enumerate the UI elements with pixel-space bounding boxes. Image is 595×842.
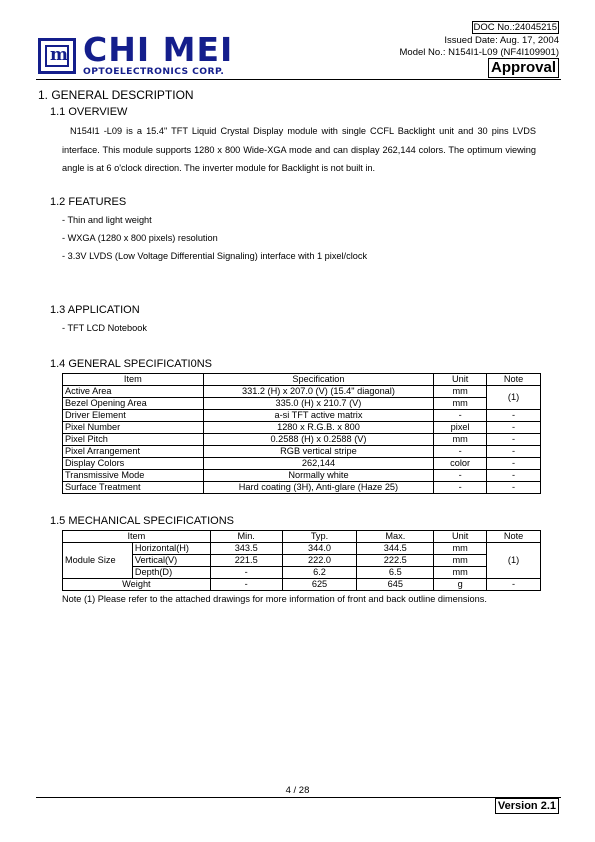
mechanical-note: Note (1) Please refer to the attached dr… [62, 594, 487, 604]
cell-typ: 625 [282, 579, 357, 591]
cell-item: Driver Element [63, 410, 204, 422]
cell-spec: Normally white [203, 470, 433, 482]
cell-min: - [210, 567, 282, 579]
cell-unit: - [434, 470, 487, 482]
cell-item: Vertical(V) [132, 555, 210, 567]
cell-item: Surface Treatment [63, 482, 204, 494]
cell-unit: mm [434, 543, 487, 555]
features-title: 1.2 FEATURES [50, 196, 126, 208]
column-header: Min. [210, 531, 282, 543]
cell-spec: 1280 x R.G.B. x 800 [203, 422, 433, 434]
table-header-row: Item Min. Typ. Max. Unit Note [63, 531, 541, 543]
cell-item: Pixel Arrangement [63, 446, 204, 458]
column-header: Unit [434, 531, 487, 543]
cell-min: - [210, 579, 282, 591]
section-title: 1. GENERAL DESCRIPTION [38, 88, 194, 102]
cell-unit: color [434, 458, 487, 470]
cell-note: (1) [487, 543, 541, 579]
table-row: Pixel Arrangement RGB vertical stripe - … [63, 446, 541, 458]
footer-divider [36, 797, 561, 798]
brand-name: CHI MEI [83, 33, 233, 67]
version-badge: Version 2.1 [495, 798, 559, 814]
column-header: Specification [203, 374, 433, 386]
cell-note: - [487, 422, 541, 434]
application-title: 1.3 APPLICATION [50, 304, 140, 316]
cell-spec: RGB vertical stripe [203, 446, 433, 458]
cell-item: Horizontal(H) [132, 543, 210, 555]
cell-unit: mm [434, 434, 487, 446]
cell-note: - [487, 434, 541, 446]
approval-badge: Approval [488, 58, 559, 78]
general-specs-table: Item Specification Unit Note Active Area… [62, 373, 541, 494]
cell-spec: Hard coating (3H), Anti-glare (Haze 25) [203, 482, 433, 494]
mechanical-specs-table: Item Min. Typ. Max. Unit Note Module Siz… [62, 530, 541, 591]
table-row: Weight - 625 645 g - [63, 579, 541, 591]
column-header: Note [487, 374, 541, 386]
cmo-m-logo-icon: m [47, 44, 71, 66]
feature-item: - WXGA (1280 x 800 pixels) resolution [62, 233, 218, 243]
cell-spec: 0.2588 (H) x 0.2588 (V) [203, 434, 433, 446]
cell-unit: pixel [434, 422, 487, 434]
overview-title: 1.1 OVERVIEW [50, 106, 127, 118]
feature-item: - 3.3V LVDS (Low Voltage Differential Si… [62, 251, 367, 261]
table-row: Vertical(V) 221.5 222.0 222.5 mm [63, 555, 541, 567]
cell-min: 343.5 [210, 543, 282, 555]
mechanical-specs-title: 1.5 MECHANICAL SPECIFICATIONS [50, 515, 234, 527]
cell-unit: mm [434, 386, 487, 398]
table-row: Pixel Number 1280 x R.G.B. x 800 pixel - [63, 422, 541, 434]
brand-subtitle: OPTOELECTRONICS CORP. [83, 66, 224, 77]
cell-min: 221.5 [210, 555, 282, 567]
table-row: Driver Element a-si TFT active matrix - … [63, 410, 541, 422]
cell-max: 6.5 [357, 567, 434, 579]
cell-item: Display Colors [63, 458, 204, 470]
column-header: Typ. [282, 531, 357, 543]
cell-max: 222.5 [357, 555, 434, 567]
feature-item: - Thin and light weight [62, 215, 152, 225]
cell-typ: 6.2 [282, 567, 357, 579]
cell-note: - [487, 579, 541, 591]
application-item: - TFT LCD Notebook [62, 323, 147, 333]
cell-unit: g [434, 579, 487, 591]
cell-unit: - [434, 446, 487, 458]
general-specs-title: 1.4 GENERAL SPECIFICATI0NS [50, 358, 212, 370]
cell-note: - [487, 482, 541, 494]
cell-spec: 331.2 (H) x 207.0 (V) (15.4" diagonal) [203, 386, 433, 398]
cell-max: 645 [357, 579, 434, 591]
table-row: Module Size Horizontal(H) 343.5 344.0 34… [63, 543, 541, 555]
cell-note: - [487, 410, 541, 422]
header-divider [36, 79, 561, 80]
page-number: 4 / 28 [0, 785, 595, 796]
doc-number: DOC No.:24045215 [472, 21, 559, 34]
cell-item: Bezel Opening Area [63, 398, 204, 410]
cell-note: - [487, 458, 541, 470]
cell-note: - [487, 446, 541, 458]
cell-spec: 335.0 (H) x 210.7 (V) [203, 398, 433, 410]
cell-typ: 222.0 [282, 555, 357, 567]
cell-item: Active Area [63, 386, 204, 398]
column-header: Max. [357, 531, 434, 543]
cell-item: Pixel Pitch [63, 434, 204, 446]
table-row: Pixel Pitch 0.2588 (H) x 0.2588 (V) mm - [63, 434, 541, 446]
cell-unit: - [434, 482, 487, 494]
cell-max: 344.5 [357, 543, 434, 555]
issued-date: Issued Date: Aug. 17, 2004 [444, 35, 559, 46]
cell-item: Weight [63, 579, 211, 591]
table-header-row: Item Specification Unit Note [63, 374, 541, 386]
cell-typ: 344.0 [282, 543, 357, 555]
cell-spec: 262,144 [203, 458, 433, 470]
cell-unit: mm [434, 567, 487, 579]
cell-spec: a-si TFT active matrix [203, 410, 433, 422]
cell-note: - [487, 470, 541, 482]
table-row: Bezel Opening Area 335.0 (H) x 210.7 (V)… [63, 398, 541, 410]
table-row: Surface Treatment Hard coating (3H), Ant… [63, 482, 541, 494]
cell-item: Depth(D) [132, 567, 210, 579]
overview-text: N154I1 -L09 is a 15.4" TFT Liquid Crysta… [62, 122, 536, 178]
cell-item: Pixel Number [63, 422, 204, 434]
table-row: Depth(D) - 6.2 6.5 mm [63, 567, 541, 579]
cell-item: Transmissive Mode [63, 470, 204, 482]
table-row: Active Area 331.2 (H) x 207.0 (V) (15.4"… [63, 386, 541, 398]
table-row: Transmissive Mode Normally white - - [63, 470, 541, 482]
table-row: Display Colors 262,144 color - [63, 458, 541, 470]
cell-note: (1) [487, 386, 541, 410]
cell-unit: mm [434, 398, 487, 410]
column-header: Item [63, 374, 204, 386]
cell-group: Module Size [63, 543, 133, 579]
column-header: Note [487, 531, 541, 543]
column-header: Unit [434, 374, 487, 386]
cell-unit: mm [434, 555, 487, 567]
model-number: Model No.: N154I1-L09 (NF4I109901) [400, 47, 559, 58]
column-header: Item [63, 531, 211, 543]
cell-unit: - [434, 410, 487, 422]
